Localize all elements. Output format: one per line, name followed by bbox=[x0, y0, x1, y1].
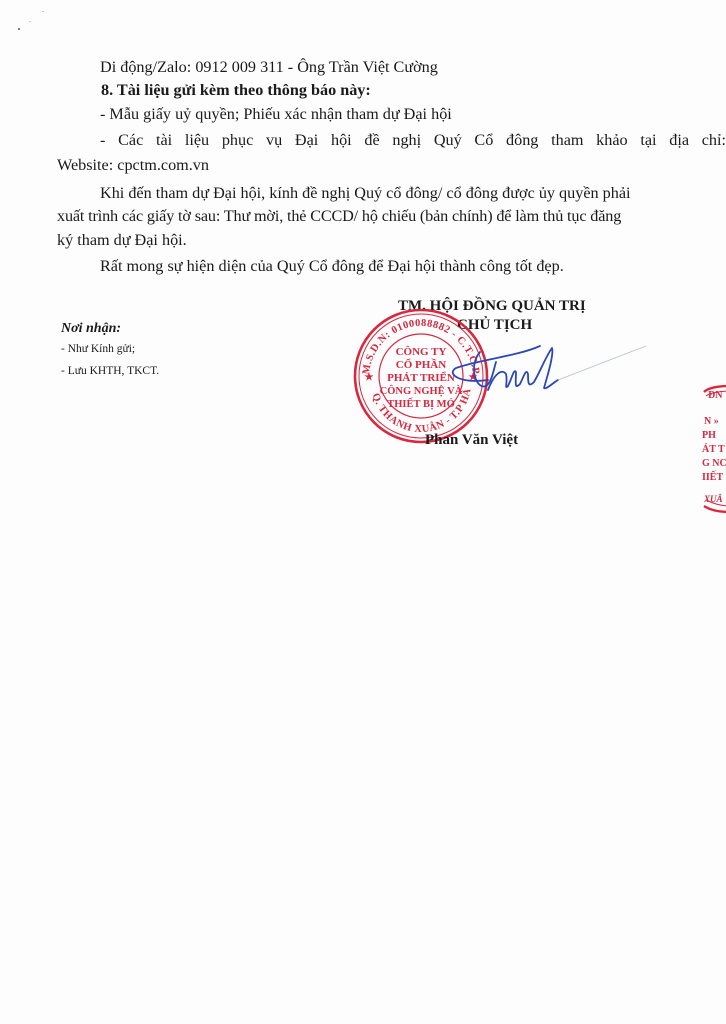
attendance-line-2: xuất trình các giấy tờ sau: Thư mời, thẻ… bbox=[57, 206, 621, 226]
svg-text:N »: N » bbox=[704, 416, 719, 427]
scan-speck bbox=[42, 11, 44, 12]
svg-text:PH: PH bbox=[702, 430, 716, 441]
svg-text:THIẾT BỊ MỎ: THIẾT BỊ MỎ bbox=[387, 397, 455, 410]
attachment-item-2: - Các tài liệu phục vụ Đại hội đề nghị Q… bbox=[100, 130, 726, 150]
svg-text:ÁT T: ÁT T bbox=[702, 443, 725, 455]
handwritten-signature bbox=[448, 338, 648, 428]
svg-text:ĐN: ĐN bbox=[708, 390, 723, 401]
attendance-line-1: Khi đến tham dự Đại hội, kính đề nghị Qu… bbox=[100, 183, 631, 203]
recipients-block: Nơi nhận: - Như Kính gửi; - Lưu KHTH, TK… bbox=[61, 320, 159, 382]
svg-text:★: ★ bbox=[365, 372, 374, 383]
contact-line: Di động/Zalo: 0912 009 311 - Ông Trần Vi… bbox=[100, 57, 438, 77]
svg-text:G NC: G NC bbox=[702, 458, 726, 469]
svg-text:XUÂ: XUÂ bbox=[703, 494, 723, 504]
recipient-item: - Lưu KHTH, TKCT. bbox=[61, 360, 159, 382]
edge-stamp-fragment: ĐN N » PH ÁT T G NC IIẾT XUÂ bbox=[700, 378, 726, 518]
document-page: Di động/Zalo: 0912 009 311 - Ông Trần Vi… bbox=[0, 0, 726, 1024]
section-8-heading: 8. Tài liệu gửi kèm theo thông báo này: bbox=[101, 80, 371, 100]
attendance-line-3: ký tham dự Đại hội. bbox=[57, 230, 187, 250]
svg-text:IIẾT: IIẾT bbox=[702, 470, 723, 483]
closing-line: Rất mong sự hiện diện của Quý Cổ đông để… bbox=[100, 256, 564, 276]
recipient-item: - Như Kính gửi; bbox=[61, 338, 159, 360]
svg-text:CÔNG TY: CÔNG TY bbox=[396, 345, 447, 358]
svg-text:PHÁT TRIỂN: PHÁT TRIỂN bbox=[387, 371, 455, 384]
scan-speck bbox=[18, 28, 20, 30]
svg-text:CỔ PHẦN: CỔ PHẦN bbox=[396, 358, 446, 371]
attachment-item-1: - Mẫu giấy uỷ quyền; Phiếu xác nhận tham… bbox=[100, 104, 452, 124]
recipients-heading: Nơi nhận: bbox=[61, 320, 159, 338]
scan-speck bbox=[29, 21, 31, 22]
signer-name: Phan Văn Việt bbox=[425, 432, 518, 449]
website-line: Website: cpctm.com.vn bbox=[57, 155, 209, 175]
